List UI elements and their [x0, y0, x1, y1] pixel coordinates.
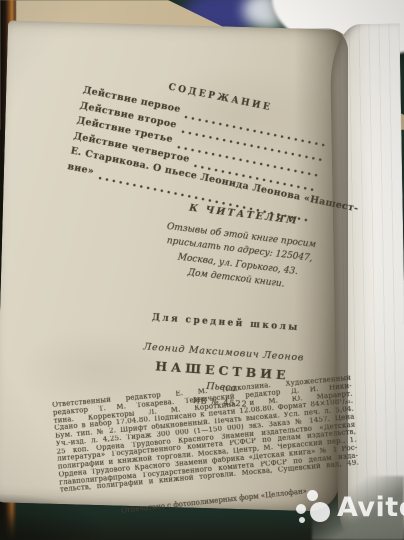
avito-logo-dot	[310, 502, 330, 522]
avito-logo-dot	[307, 490, 318, 501]
avito-logo-dot	[296, 504, 306, 514]
book-photo: СОДЕРЖАНИЕ Действие первое Действие втор…	[0, 0, 404, 540]
avito-logo-dot	[299, 517, 305, 523]
avito-watermark: Avito	[296, 489, 404, 525]
avito-logo-icon	[296, 489, 330, 525]
avito-wordmark: Avito	[337, 494, 404, 521]
